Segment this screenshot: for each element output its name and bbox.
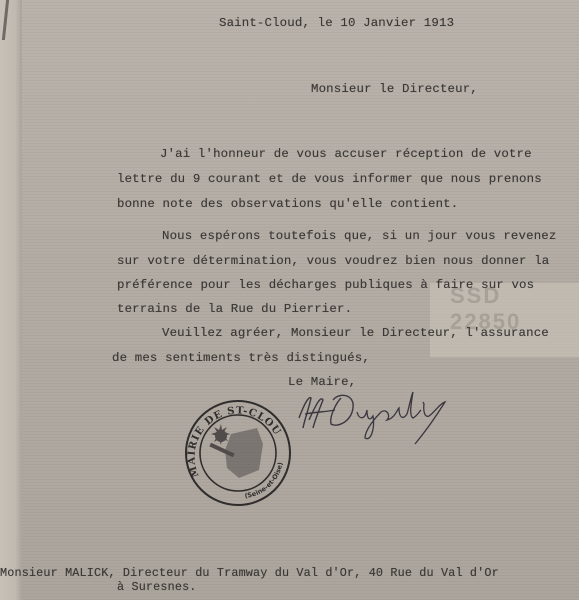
paragraph2-line4: terrains de la Rue du Pierrier. (117, 302, 352, 316)
signatory-title: Le Maire, (288, 375, 356, 389)
background-archive-stamp: SSD 22850 (430, 283, 579, 357)
paragraph1-line1: J'ai l'honneur de vous accuser réception… (160, 147, 532, 161)
dateline: Saint-Cloud, le 10 Janvier 1913 (219, 16, 454, 30)
addressee-line1: Monsieur MALICK, Directeur du Tramway du… (0, 566, 499, 580)
closing-line2: de mes sentiments très distingués, (112, 351, 370, 365)
underlying-page-edge (0, 0, 22, 600)
addressee-line2: à Suresnes. (117, 580, 197, 594)
letter-page: SSD 22850 Saint-Cloud, le 10 Janvier 191… (0, 0, 579, 600)
mairie-seal-icon: MAIRIE DE ST-CLOUD (Seine-et-Oise) (183, 398, 293, 508)
mayor-signature (295, 388, 455, 448)
paragraph2-line2: sur votre détermination, vous voudrez bi… (117, 254, 549, 268)
closing-line1: Veuillez agréer, Monsieur le Directeur, … (162, 326, 549, 340)
paragraph1-line3: bonne note des observations qu'elle cont… (117, 197, 458, 211)
salutation: Monsieur le Directeur, (311, 82, 478, 96)
paragraph2-line1: Nous espérons toutefois que, si un jour … (162, 229, 556, 243)
paragraph2-line3: préférence pour les décharges publiques … (117, 278, 534, 292)
paragraph1-line2: lettre du 9 courant et de vous informer … (117, 172, 542, 186)
